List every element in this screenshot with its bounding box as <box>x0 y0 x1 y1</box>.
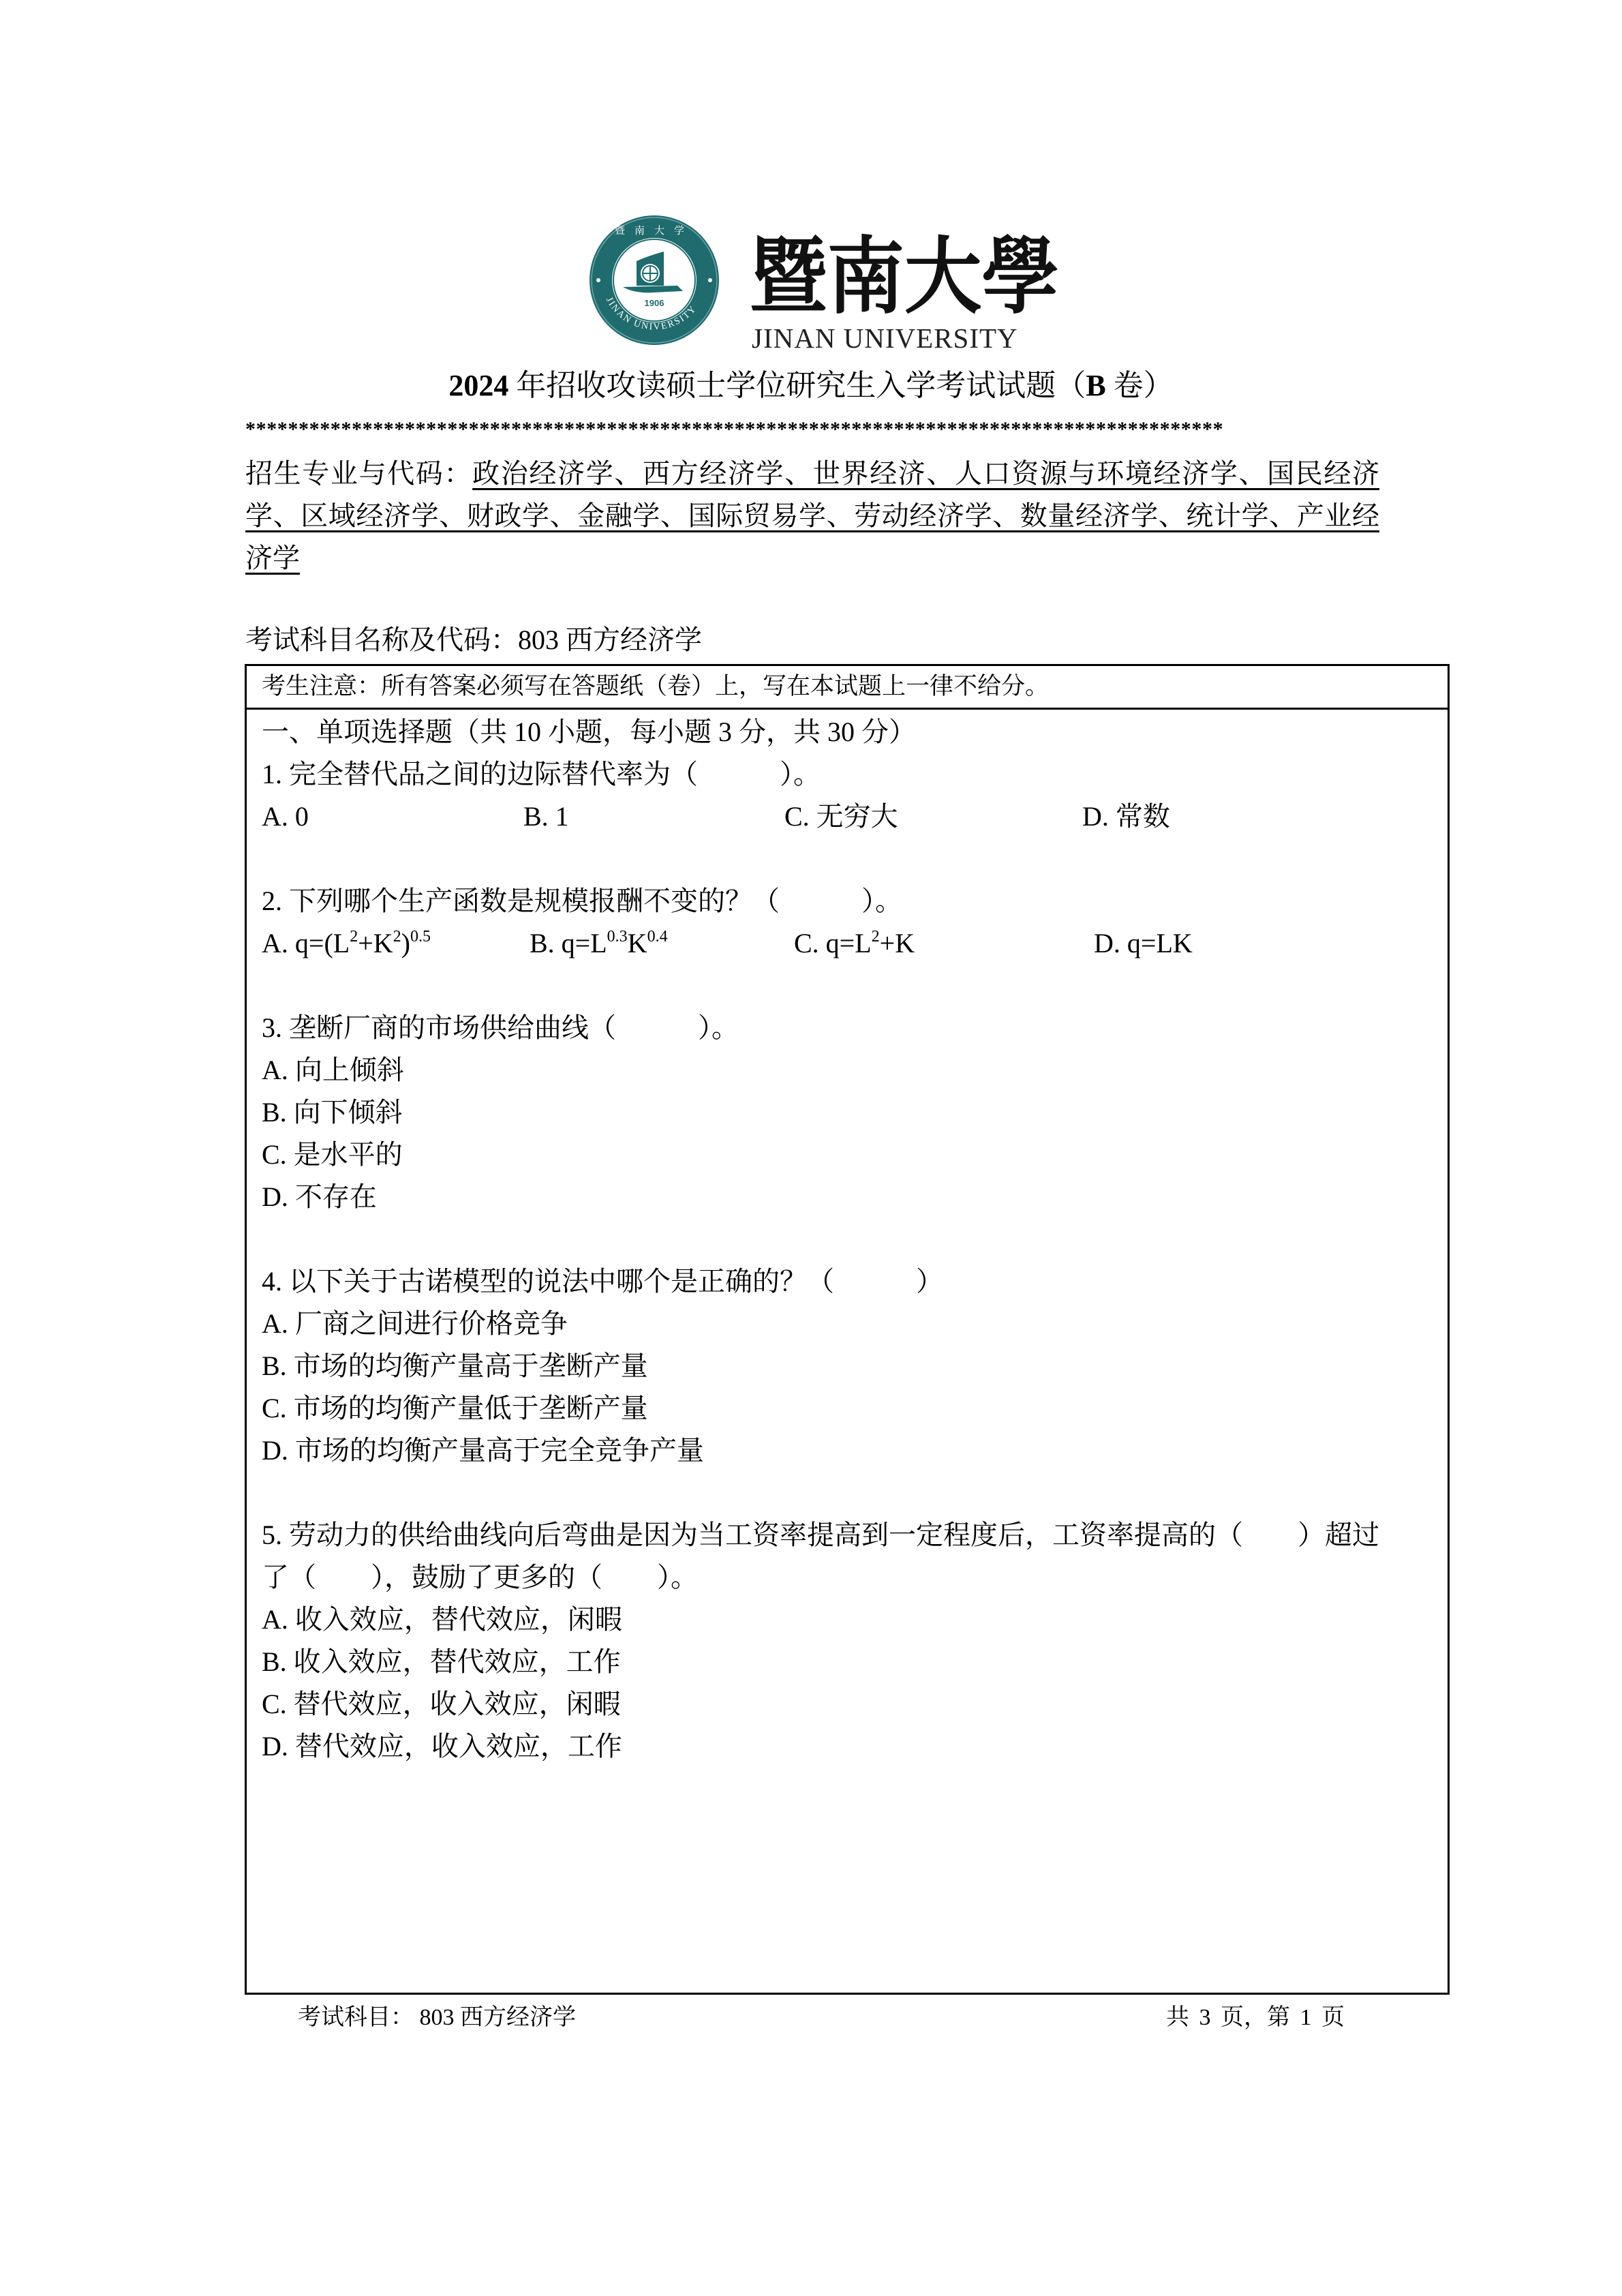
exam-content-box: 考生注意：所有答案必须写在答题纸（卷）上，写在本试题上一律不给分。 一、单项选择… <box>245 664 1450 1995</box>
option-d: D. 替代效应，收入效应，工作 <box>262 1725 1434 1768</box>
option-a: A. 厂商之间进行价格竞争 <box>262 1303 1434 1345</box>
majors-label: 招生专业与代码： <box>245 458 472 489</box>
option-d: D. 不存在 <box>262 1176 1434 1218</box>
option-b: B. 收入效应，替代效应，工作 <box>262 1641 1434 1683</box>
option-d: D. q=LK <box>1094 922 1193 965</box>
title-text: 年招收攻读硕士学位研究生入学考试试题（ <box>508 369 1086 402</box>
option-c: C. 是水平的 <box>262 1134 1434 1176</box>
svg-text:暨南大学: 暨南大学 <box>615 224 694 237</box>
option-c: C. 替代效应，收入效应，闲暇 <box>262 1683 1434 1725</box>
university-name-en: JINAN UNIVERSITY <box>752 323 1045 353</box>
question-1-stem: 1. 完全替代品之间的边际替代率为（ ）。 <box>262 753 1434 796</box>
option-c: C. q=L2+K <box>794 922 1094 965</box>
page-title: 2024 年招收攻读硕士学位研究生入学考试试题（B 卷） <box>0 365 1622 406</box>
exam-subject: 考试科目名称及代码：803 西方经济学 <box>245 623 702 657</box>
option-d: D. 常数 <box>1082 796 1170 838</box>
option-b: B. 市场的均衡产量高于垄断产量 <box>262 1345 1434 1387</box>
university-name-cn: 暨南大學 <box>750 225 1028 327</box>
option-c: C. 市场的均衡产量低于垄断产量 <box>262 1387 1434 1430</box>
footer-subject: 考试科目： 803 西方经济学 <box>298 2002 576 2034</box>
question-2-options: A. q=(L2+K2)0.5 B. q=L0.3K0.4 C. q=L2+K … <box>262 922 1434 965</box>
option-c: C. 无穷大 <box>784 796 1082 838</box>
footer-page-count: 共 3 页，第 1 页 <box>1166 2002 1345 2034</box>
star-separator: ****************************************… <box>245 417 1383 442</box>
question-4-stem: 4. 以下关于古诺模型的说法中哪个是正确的？（ ） <box>262 1260 1434 1303</box>
question-3-stem: 3. 垄断厂商的市场供给曲线（ ）。 <box>262 1007 1434 1049</box>
candidate-notice: 考生注意：所有答案必须写在答题纸（卷）上，写在本试题上一律不给分。 <box>247 666 1448 710</box>
svg-text:1906: 1906 <box>645 298 664 308</box>
subject-label: 考试科目名称及代码： <box>245 624 518 655</box>
title-year: 2024 <box>448 369 508 402</box>
option-b: B. 向下倾斜 <box>262 1091 1434 1134</box>
majors-block: 招生专业与代码：政治经济学、西方经济学、世界经济、人口资源与环境经济学、国民经济… <box>245 453 1379 579</box>
question-5-stem-line-2: 了（ ），鼓励了更多的（ ）。 <box>262 1556 1434 1599</box>
section-heading: 一、单项选择题（共 10 小题，每小题 3 分，共 30 分） <box>262 711 1434 753</box>
option-b: B. q=L0.3K0.4 <box>530 922 794 965</box>
option-a: A. 收入效应，替代效应，闲暇 <box>262 1599 1434 1641</box>
question-5-stem-line-1: 5. 劳动力的供给曲线向后弯曲是因为当工资率提高到一定程度后，工资率提高的（ ）… <box>262 1514 1434 1556</box>
question-section: 一、单项选择题（共 10 小题，每小题 3 分，共 30 分） 1. 完全替代品… <box>262 711 1434 1768</box>
question-1-options: A. 0 B. 1 C. 无穷大 D. 常数 <box>262 796 1434 838</box>
emblem-icon: 1906 暨南大学 JINAN UNIVERSITY <box>587 213 721 347</box>
question-2-stem: 2. 下列哪个生产函数是规模报酬不变的？（ ）。 <box>262 880 1434 922</box>
option-a: A. 0 <box>262 796 523 838</box>
subject-value: 803 西方经济学 <box>518 624 702 655</box>
university-emblem: 1906 暨南大学 JINAN UNIVERSITY <box>587 213 721 347</box>
title-paper: B <box>1086 369 1105 402</box>
option-a: A. 向上倾斜 <box>262 1049 1434 1091</box>
option-a: A. q=(L2+K2)0.5 <box>262 922 530 965</box>
title-end: 卷） <box>1106 369 1174 402</box>
option-d: D. 市场的均衡产量高于完全竞争产量 <box>262 1430 1434 1472</box>
option-b: B. 1 <box>523 796 784 838</box>
